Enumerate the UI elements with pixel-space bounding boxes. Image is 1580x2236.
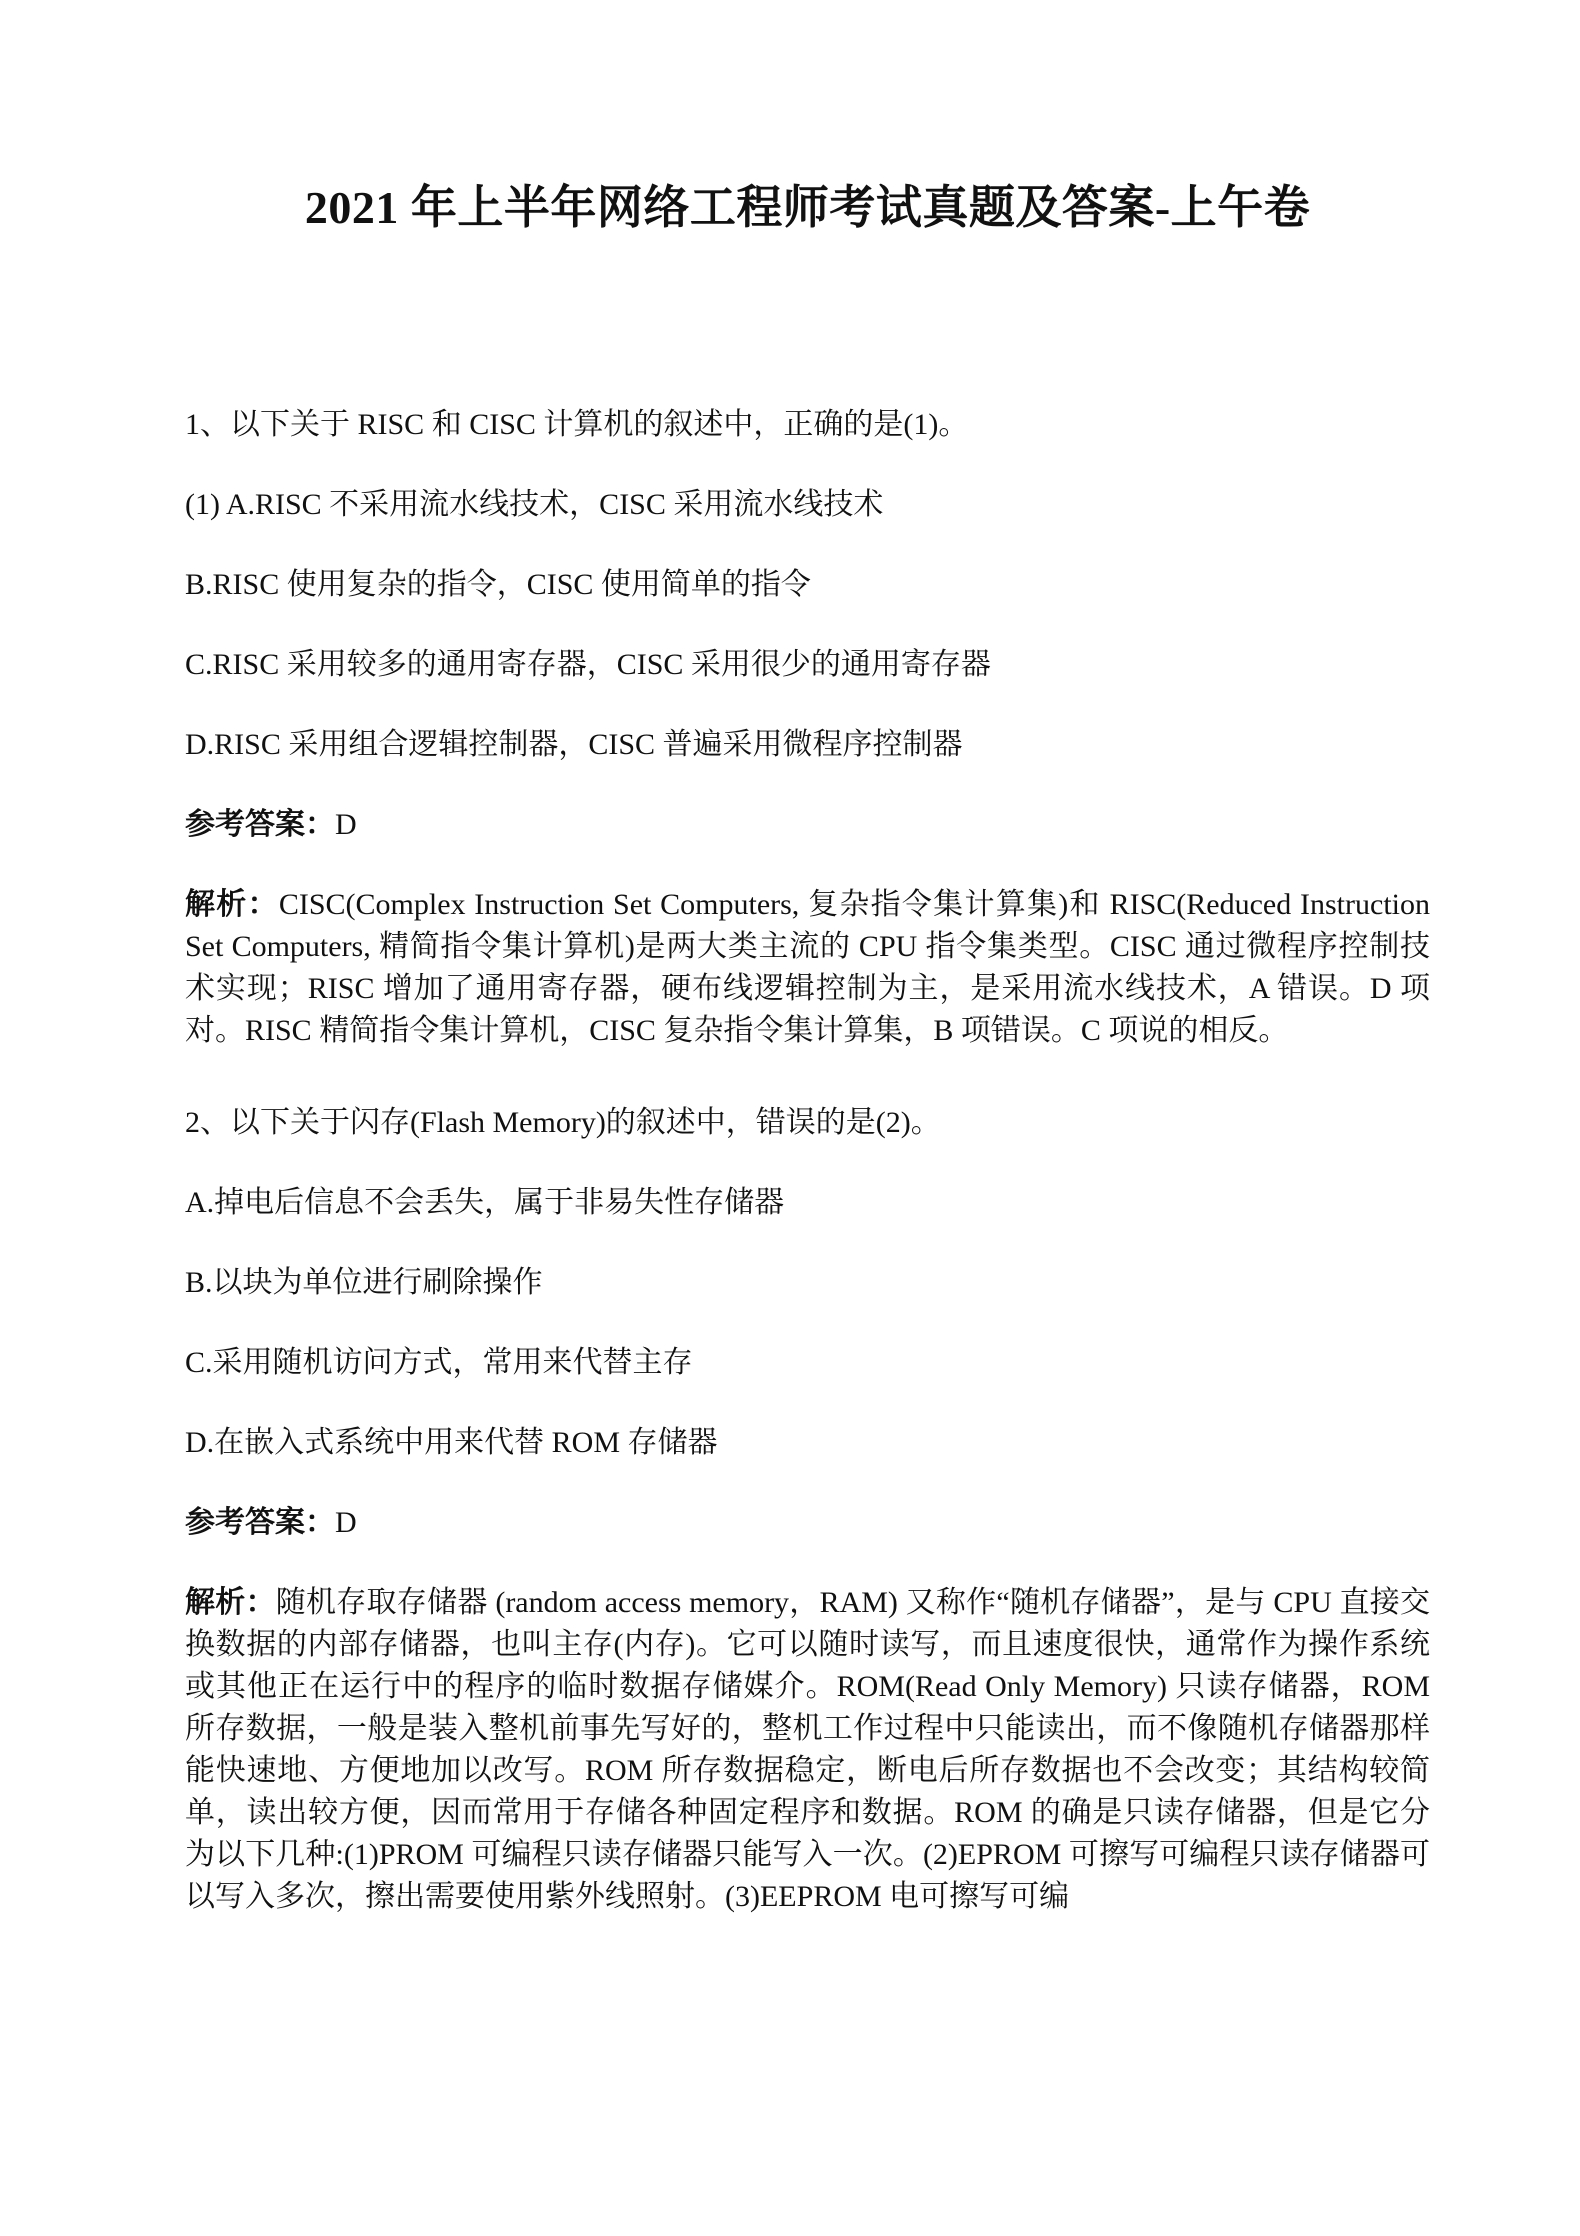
question-1-analysis-label: 解析： <box>185 888 279 921</box>
question-1-option-d: D.RISC 采用组合逻辑控制器，CISC 普遍采用微程序控制器 <box>185 724 1430 766</box>
question-1-analysis: 解析：CISC(Complex Instruction Set Computer… <box>185 884 1430 1052</box>
question-2: 2、以下关于闪存(Flash Memory)的叙述中，错误的是(2)。 A.掉电… <box>185 1102 1430 1918</box>
question-2-analysis-text: 随机存取存储器 (random access memory，RAM) 又称作“随… <box>185 1586 1430 1913</box>
question-1-option-a: (1) A.RISC 不采用流水线技术，CISC 采用流水线技术 <box>185 484 1430 526</box>
question-2-option-d: D.在嵌入式系统中用来代替 ROM 存储器 <box>185 1422 1430 1464</box>
page-title: 2021 年上半年网络工程师考试真题及答案-上午卷 <box>185 180 1430 236</box>
question-1-answer-value: D <box>335 808 357 841</box>
question-2-analysis: 解析：随机存取存储器 (random access memory，RAM) 又称… <box>185 1582 1430 1918</box>
question-2-analysis-label: 解析： <box>185 1586 276 1619</box>
question-1-stem: 1、以下关于 RISC 和 CISC 计算机的叙述中，正确的是(1)。 <box>185 404 1430 446</box>
question-2-answer-label: 参考答案： <box>185 1506 335 1539</box>
question-1-answer-label: 参考答案： <box>185 808 335 841</box>
question-2-option-c: C.采用随机访问方式，常用来代替主存 <box>185 1342 1430 1384</box>
question-2-answer-value: D <box>335 1506 357 1539</box>
question-1-option-b: B.RISC 使用复杂的指令，CISC 使用简单的指令 <box>185 564 1430 606</box>
question-1-answer-line: 参考答案：D <box>185 804 1430 846</box>
question-2-answer-line: 参考答案：D <box>185 1502 1430 1544</box>
question-1: 1、以下关于 RISC 和 CISC 计算机的叙述中，正确的是(1)。 (1) … <box>185 404 1430 1052</box>
document-page: 2021 年上半年网络工程师考试真题及答案-上午卷 1、以下关于 RISC 和 … <box>0 0 1580 2236</box>
question-1-analysis-text: CISC(Complex Instruction Set Computers, … <box>185 888 1430 1047</box>
question-2-option-b: B.以块为单位进行刷除操作 <box>185 1262 1430 1304</box>
question-2-stem: 2、以下关于闪存(Flash Memory)的叙述中，错误的是(2)。 <box>185 1102 1430 1144</box>
question-1-option-c: C.RISC 采用较多的通用寄存器，CISC 采用很少的通用寄存器 <box>185 644 1430 686</box>
question-2-option-a: A.掉电后信息不会丢失，属于非易失性存储器 <box>185 1182 1430 1224</box>
